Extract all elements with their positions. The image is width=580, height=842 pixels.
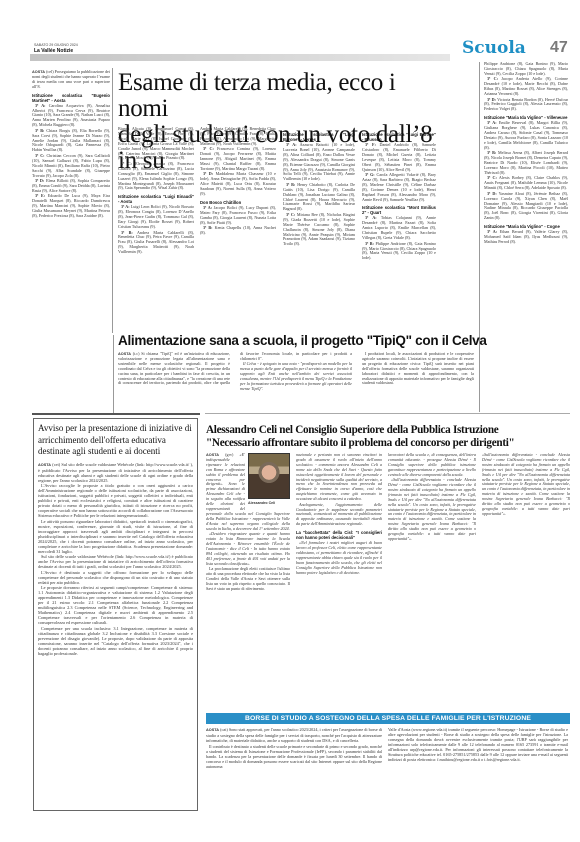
exams-column-4: Istituzione scolastica "Luigi Barone" - … [283, 132, 355, 332]
paragraph: Le attività possono riguardare laborator… [38, 519, 193, 554]
issue-date: SABATO 29 GIUGNO 2024 [34, 43, 78, 47]
paragraph: lavoratori della scuola e, di conseguenz… [388, 453, 476, 478]
avviso-body: AOSTA (cei) Sul sito delle scuole valdos… [38, 462, 193, 802]
student-list: Philippe Andrione (8), Gaia Bonino (9), … [484, 62, 568, 76]
celi-subhead: La "bacchettata" della Cisl: "I consigli… [296, 530, 382, 540]
section-divider [32, 413, 200, 415]
school-name: Istituzione scolastica "Luigi Barone" - … [362, 132, 436, 142]
exams-column-2: Bianca Alicata (8), Emmanuel Como (8), M… [118, 127, 194, 332]
exams-column-5: Istituzione scolastica "Luigi Barone" - … [362, 132, 436, 332]
exams-column-3: Andrea Marta Caldarelli (8), Benedetta C… [200, 127, 276, 332]
borse-column-2: Valle d'Aosta (www.regione.vda.it) trami… [388, 727, 568, 779]
paragraph: Sono stati approvati, per l'anno scolast… [206, 727, 382, 743]
student-list: Miriana Bee (8), Nicholas Biagini (9), G… [283, 212, 355, 246]
student-list: Elena Billotti (8), Sophia Comparetto (8… [32, 178, 110, 193]
paragraph: Le proposte dovranno riferirsi ai seguen… [38, 585, 193, 625]
paragraph: L'Avviso raccoglie le proposte a titolo … [38, 483, 193, 518]
celi-column-1: Alessandro Celi AOSTA (grv) «E' indispen… [206, 453, 290, 703]
school-name: Istituzione scolastica "Luigi Barone" - … [283, 132, 355, 142]
photo-frame: Alessandro Celi [248, 453, 290, 509]
student-list: Jacopo Bolici (9), Lucy Dupont (8), Mate… [200, 205, 276, 225]
student-list: Chiara Borgis (8), Elia Borrello (9), Sa… [32, 128, 110, 153]
page-header: SABATO 29 GIUGNO 2024 La Vallée Notizie … [30, 42, 570, 62]
celi-headline: Alessandro Celi nel Consiglio Superiore … [206, 424, 571, 450]
exams-column-1: AOSTA (cel) Proseguiamo la pubblicazione… [32, 70, 110, 328]
page-number: 47 [550, 39, 568, 57]
paragraph: Valle d'Aosta (www.regione.vda.it) trami… [388, 727, 568, 762]
paragraph: «Desidero ringraziare quante e quanti ha… [206, 532, 290, 566]
exams-headline-line1: Esame di terza media, ecco i nomi [118, 69, 396, 122]
avviso-box: Avviso per la presentazione di iniziativ… [33, 418, 198, 811]
celi-column-4: «Sull'autonomia differenziata - conclude… [482, 453, 570, 703]
celi-column-2: nazionale e pertanto non ci saranno vinc… [296, 453, 382, 703]
paragraph: Il contributo è destinato a studenti del… [206, 744, 382, 769]
student-list: Emilie Beserval (8), Margot Billia (9), … [484, 120, 568, 150]
student-list: Azzurra Baisotti (10 e lode), Lucrezia B… [283, 142, 355, 181]
borse-banner-text: BORSE DI STUDIO A SOSTEGNO DELLA SPESA D… [245, 715, 531, 722]
column-divider [113, 335, 114, 413]
paragraph: «Sull'autonomia differenziata - conclude… [388, 478, 476, 542]
paragraph: «Nel formulare i nostri migliori auguri … [296, 541, 382, 575]
paragraph: Competenze per una scuola inclusiva: 3.1… [38, 626, 193, 656]
celi-headline-line1: Alessandro Celi nel Consiglio Superiore … [206, 424, 498, 436]
byline: (cei) [52, 462, 60, 467]
section-divider [205, 413, 570, 414]
student-list: Eleonora Anania (8), Francesco Calabrò (… [118, 161, 194, 191]
student-list: Daniel Andriolo (8), Samuele Cristadoro … [362, 142, 436, 172]
student-list: Philippe Andrione (8), Gaia Bonino (9), … [362, 241, 436, 261]
student-list: Yasmine Aloui (8), Jérémie Bethaz (8), L… [484, 191, 568, 221]
student-list: Ethan Berard (9), Valérie Glarey (8), Mo… [484, 229, 568, 244]
paragraph: «Sull'autonomia differenziata - conclude… [482, 453, 570, 517]
paragraph: Sul sito delle scuole valdostane Webécol… [38, 462, 193, 483]
student-list: Henry Chiabotto (8), Carlotta De Gattis … [283, 182, 355, 212]
student-list: Andrea Marta Caldarelli (8), Benedetta C… [200, 127, 276, 146]
student-list: Carola Allegretti Vokrrié (8), Bary Arta… [362, 172, 436, 202]
borse-banner: BORSE DI STUDIO A SOSTEGNO DELLA SPESA D… [206, 713, 570, 724]
student-list: Bianca Alicata (8), Emmanuel Como (8), M… [118, 127, 194, 160]
school-name: Istituzione scolastica "Luigi Einaudi" -… [118, 194, 194, 204]
paragraph: Analogamente, l'aggiornamento delle Grad… [296, 503, 382, 528]
section-title: Scuola [462, 38, 526, 58]
student-list: Melissa Aerna (8), Albert Joseph Berard … [484, 150, 568, 175]
photo-caption: Alessandro Celi [248, 501, 290, 506]
byline: (cat) [220, 727, 228, 732]
dateline: AOSTA [38, 463, 51, 467]
dateline: AOSTA [206, 728, 219, 732]
school-name: Istituzione scolastica "Eugenio Martinet… [32, 93, 110, 103]
paragraph: L'Avviso è destinato a soggetti che offr… [38, 570, 193, 585]
column-divider [479, 62, 480, 412]
column-divider [112, 68, 113, 333]
celi-headline-line2: "Necessario affrontare subito il problem… [206, 437, 514, 449]
student-list: Alexis Borbey (8), Claire Chablos (9), A… [484, 175, 568, 190]
student-list: Luigi Leon Bolici (9), Nicolò Borsato (8… [118, 204, 194, 229]
celi-column-3: lavoratori della scuola e, di conseguenz… [388, 453, 476, 703]
tipiq-headline: Alimentazione sana a scuola, il progetto… [118, 333, 478, 349]
paragraph: Il Celva - è spiegato in una nota - "pre… [240, 362, 352, 391]
header-band [30, 54, 450, 61]
portrait-photo [248, 453, 290, 499]
borse-column-1: AOSTA (cat) Sono stati approvati, per l'… [206, 727, 382, 779]
tipiq-body: AOSTA (t.c) Si chiama "TipiQ" ed è un'in… [118, 352, 474, 412]
paragraph: I produttori locali, le associazioni di … [362, 352, 474, 386]
paragraph: nazionale e pertanto non ci saranno vinc… [296, 453, 382, 502]
exams-column-6: Philippe Andrione (8), Gaia Bonino (9), … [484, 62, 568, 412]
paragraph: Sul sito delle scuole valdostane Webécol… [38, 554, 193, 569]
student-list: Victoria Renata Bordon (8), Hervé Dufour… [484, 97, 568, 112]
school-name: Istituzione scolastica "Mont Emilius 2" … [362, 205, 436, 215]
paragraph: La proclamazione degli eletti costituisc… [206, 567, 290, 592]
avviso-headline: Avviso per la presentazione di iniziativ… [38, 423, 193, 458]
